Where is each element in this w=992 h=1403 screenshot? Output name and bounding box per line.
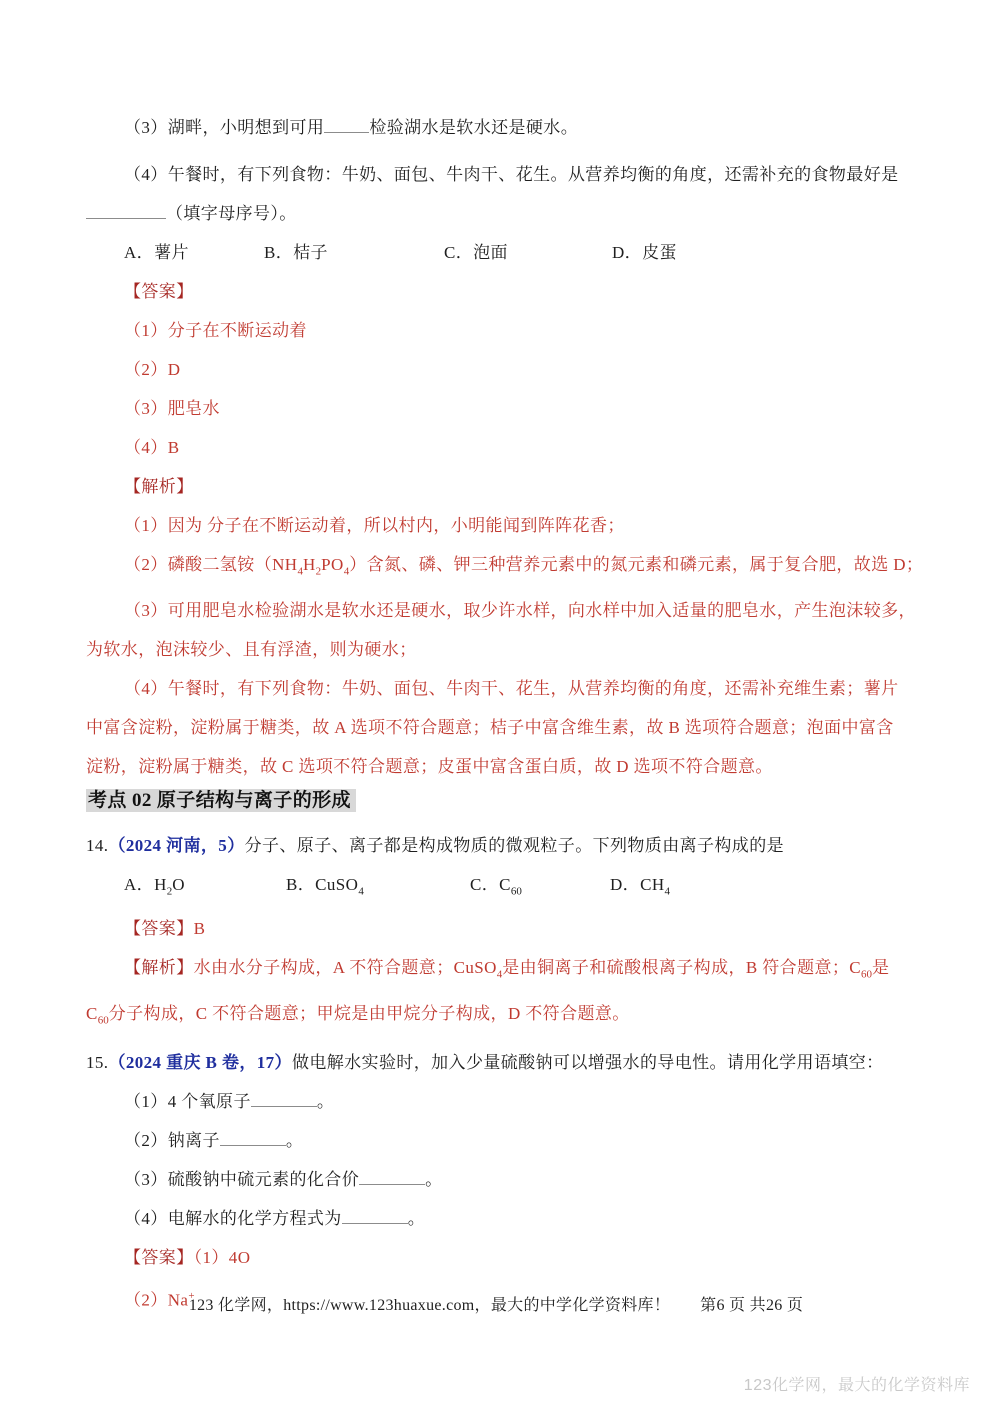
q13-answer-4: （4）B xyxy=(86,428,905,467)
analysis-text: 分子构成，C 不符合题意；甲烷是由甲烷分子构成，D 不符合题意。 xyxy=(109,1004,630,1023)
q14-stem-line: 14.（2024 河南，5）分子、原子、离子都是构成物质的微观粒子。下列物质由离… xyxy=(86,826,905,865)
q14-analysis-line1: 【解析】水由水分子构成，A 不符合题意；CuSO4是由铜离子和硫酸根离子构成，B… xyxy=(86,948,905,994)
analysis-marker: 【解析】 xyxy=(124,958,194,977)
subscript: 4 xyxy=(358,886,364,898)
q14-option-b: B．CuSO4 xyxy=(286,865,470,911)
analysis-text: 是 xyxy=(872,958,889,977)
q14-options-row: A．H2OB．CuSO4C．C60D．CH4 xyxy=(86,865,905,911)
q15-stem-line: 15.（2024 重庆 B 卷，17）做电解水实验时，加入少量硫酸钠可以增强水的… xyxy=(86,1043,905,1082)
q15-item-text: （3）硫酸钠中硫元素的化合价 xyxy=(124,1170,359,1189)
answer-text: （4）B xyxy=(124,438,179,457)
analysis-text: H xyxy=(303,555,316,574)
analysis-text: 水由水分子构成，A 不符合题意；CuSO xyxy=(194,958,497,977)
q13-answer-3: （3）肥皂水 xyxy=(86,389,905,428)
answer-marker: 【答案】 xyxy=(124,1248,194,1267)
fill-blank xyxy=(324,118,369,133)
analysis-marker: 【解析】 xyxy=(124,477,194,496)
q13-answer-label: 【答案】 xyxy=(86,272,905,311)
q13-part4-line2: （填字母序号）。 xyxy=(86,194,905,233)
document-page: { "colors": { "body_text": "#1f1f1f", "a… xyxy=(0,0,992,1403)
analysis-text: （3）可用肥皂水检验湖水是软水还是硬水，取少许水样，向水样中加入适量的肥皂水，产… xyxy=(124,601,916,620)
period: 。 xyxy=(408,1209,425,1228)
q13-answer-2: （2）D xyxy=(86,350,905,389)
q13-analysis-4-line1: （4）午餐时，有下列食物：牛奶、面包、牛肉干、花生，从营养均衡的角度，还需补充维… xyxy=(86,669,905,708)
q14-number: 14. xyxy=(86,836,108,855)
option-text: C．C xyxy=(470,875,511,894)
answer-text: （1）分子在不断运动着 xyxy=(124,321,307,340)
analysis-text: C xyxy=(86,1004,98,1023)
analysis-text: （4）午餐时，有下列食物：牛奶、面包、牛肉干、花生，从营养均衡的角度，还需补充维… xyxy=(124,679,899,698)
q13-option-b: B．桔子 xyxy=(264,233,444,272)
watermark-text: 123化学网，最大的化学资料库 xyxy=(744,1372,970,1395)
analysis-text: 为软水，泡沫较少、且有浮渣，则为硬水； xyxy=(86,640,417,659)
q15-item-4: （4）电解水的化学方程式为。 xyxy=(86,1199,905,1238)
q14-answer-line: 【答案】B xyxy=(86,909,905,948)
option-text: O xyxy=(172,875,185,894)
footer-site-text: 123 化学网，https://www.123huaxue.com，最大的中学化… xyxy=(189,1297,670,1314)
answer-marker: 【答案】 xyxy=(124,282,194,301)
subscript: 60 xyxy=(861,968,872,980)
q14-analysis-line2: C60分子构成，C 不符合题意；甲烷是由甲烷分子构成，D 不符合题意。 xyxy=(86,994,905,1040)
fill-blank xyxy=(251,1092,317,1107)
q13-analysis-2: （2）磷酸二氢铵（NH4H2PO4）含氮、磷、钾三种营养元素中的氮元素和磷元素，… xyxy=(86,545,905,591)
exam-document-body: （3）湖畔，小明想到可用检验湖水是软水还是硬水。 （4）午餐时，有下列食物：牛奶… xyxy=(0,0,992,1403)
fill-blank xyxy=(342,1209,408,1224)
analysis-text: ）含氮、磷、钾三种营养元素中的氮元素和磷元素，属于复合肥，故选 D； xyxy=(349,555,923,574)
q13-part3-text-post: 检验湖水是软水还是硬水。 xyxy=(369,118,578,137)
q13-analysis-3-line1: （3）可用肥皂水检验湖水是软水还是硬水，取少许水样，向水样中加入适量的肥皂水，产… xyxy=(86,591,905,630)
section-header-title: 考点 02 原子结构与离子的形成 xyxy=(86,789,356,812)
period: 。 xyxy=(425,1170,442,1189)
analysis-text: 中富含淀粉，淀粉属于糖类，故 A 选项不符合题意；桔子中富含维生素，故 B 选项… xyxy=(86,718,894,737)
section-header-row: 考点 02 原子结构与离子的形成 xyxy=(86,781,905,820)
q13-part4-text-post: （填字母序号）。 xyxy=(166,204,297,223)
q14-option-d: D．CH4 xyxy=(610,865,670,911)
q13-analysis-label: 【解析】 xyxy=(86,467,905,506)
answer-text: （2）D xyxy=(124,360,180,379)
option-text: B．CuSO xyxy=(286,875,358,894)
q13-part4-text: （4）午餐时，有下列食物：牛奶、面包、牛肉干、花生。从营养均衡的角度，还需补充的… xyxy=(124,165,899,184)
q13-option-a: A．薯片 xyxy=(124,233,264,272)
fill-blank xyxy=(359,1170,425,1185)
option-text: D．CH xyxy=(610,875,665,894)
q15-item-2: （2）钠离子。 xyxy=(86,1121,905,1160)
q15-item-1: （1）4 个氧原子。 xyxy=(86,1082,905,1121)
subscript: 60 xyxy=(98,1015,109,1027)
answer-text: （3）肥皂水 xyxy=(124,399,220,418)
option-text: A．H xyxy=(124,875,167,894)
q13-option-c: C．泡面 xyxy=(444,233,612,272)
analysis-text: 淀粉，淀粉属于糖类，故 C 选项不符合题意；皮蛋中富含蛋白质，故 D 选项不符合… xyxy=(86,757,773,776)
q13-part3-line: （3）湖畔，小明想到可用检验湖水是软水还是硬水。 xyxy=(86,108,905,147)
subscript: 60 xyxy=(511,886,522,898)
subscript: 4 xyxy=(665,886,671,898)
q13-part3-text-pre: （3）湖畔，小明想到可用 xyxy=(124,118,324,137)
page-footer: 123 化学网，https://www.123huaxue.com，最大的中学化… xyxy=(0,1292,992,1315)
analysis-text: （2）磷酸二氢铵（NH xyxy=(124,555,297,574)
period: 。 xyxy=(286,1131,303,1150)
footer-page-number: 第6 页 共26 页 xyxy=(700,1297,803,1314)
q13-analysis-4-line2: 中富含淀粉，淀粉属于糖类，故 A 选项不符合题意；桔子中富含维生素，故 B 选项… xyxy=(86,708,905,747)
analysis-text: PO xyxy=(321,555,344,574)
analysis-text: （1）因为 分子在不断运动着，所以村内，小明能闻到阵阵花香； xyxy=(124,516,625,535)
q14-source: （2024 河南，5） xyxy=(108,836,244,855)
q14-option-c: C．C60 xyxy=(470,865,610,911)
period: 。 xyxy=(317,1092,334,1111)
q13-analysis-3-line2: 为软水，泡沫较少、且有浮渣，则为硬水； xyxy=(86,630,905,669)
q15-item-text: （4）电解水的化学方程式为 xyxy=(124,1209,342,1228)
q15-item-3: （3）硫酸钠中硫元素的化合价。 xyxy=(86,1160,905,1199)
q14-stem-text: 分子、原子、离子都是构成物质的微观粒子。下列物质由离子构成的是 xyxy=(245,836,784,855)
q13-part4-line1: （4）午餐时，有下列食物：牛奶、面包、牛肉干、花生。从营养均衡的角度，还需补充的… xyxy=(86,155,905,194)
q14-option-a: A．H2O xyxy=(124,865,286,911)
q13-answer-1: （1）分子在不断运动着 xyxy=(86,311,905,350)
q13-options-row: A．薯片B．桔子C．泡面D．皮蛋 xyxy=(86,233,905,272)
q15-answer-1-text: （1）4O xyxy=(194,1248,251,1267)
q15-item-text: （2）钠离子 xyxy=(124,1131,220,1150)
answer-marker: 【答案】 xyxy=(124,919,194,938)
q15-number: 15. xyxy=(86,1053,108,1072)
q14-answer-text: B xyxy=(194,919,206,938)
fill-blank xyxy=(86,204,166,219)
q15-answer-line1: 【答案】（1）4O xyxy=(86,1238,905,1277)
q15-source: （2024 重庆 B 卷，17） xyxy=(108,1053,292,1072)
q15-stem-text: 做电解水实验时，加入少量硫酸钠可以增强水的导电性。请用化学用语填空： xyxy=(292,1053,884,1072)
q15-item-text: （1）4 个氧原子 xyxy=(124,1092,251,1111)
fill-blank xyxy=(220,1131,286,1146)
analysis-text: 是由铜离子和硫酸根离子构成，B 符合题意；C xyxy=(502,958,861,977)
q13-analysis-1: （1）因为 分子在不断运动着，所以村内，小明能闻到阵阵花香； xyxy=(86,506,905,545)
q13-option-d: D．皮蛋 xyxy=(612,233,677,272)
